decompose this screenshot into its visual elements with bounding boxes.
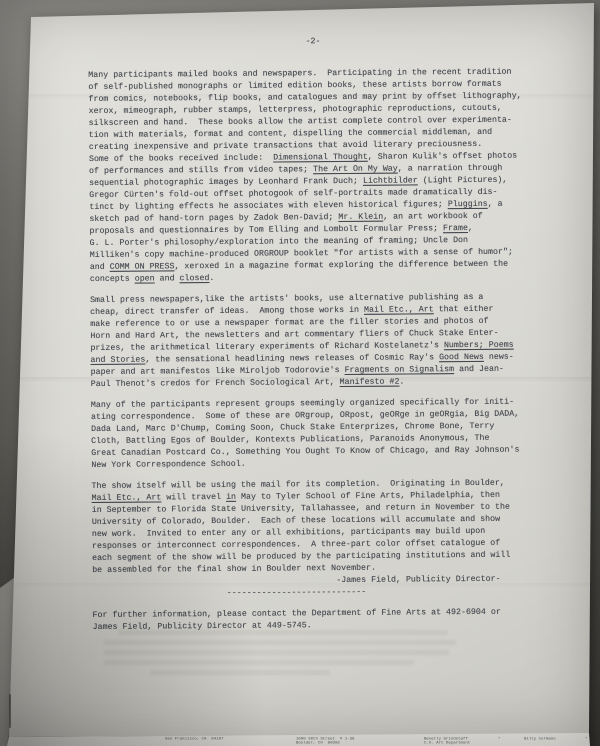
paragraph: Small press newspapers,like the artists'… [90, 291, 541, 391]
typed-line: Paul Thenot's credos for French Sociolog… [91, 375, 541, 391]
text-segment: and Jean- [454, 365, 504, 374]
bottom-sheet-entry: 1000 30th Street # 1-38 Boulder, CO 8030… [296, 737, 354, 745]
text-segment: prizes, the arithmetical literary experi… [90, 341, 444, 353]
text-segment: , [468, 224, 473, 233]
bottom-sheet-entry: Billy Curmano [524, 737, 556, 741]
text-segment: concepts [90, 275, 135, 284]
text-segment: sketch pad of hand-torn pages by Zadok B… [89, 213, 338, 224]
underlined-title: Fragments on Signalism [345, 365, 455, 375]
text-segment: and [155, 274, 180, 283]
text-segment: proposals and questionnaires by Tom Elli… [89, 224, 443, 236]
underlined-title: and Stories [90, 356, 145, 365]
text-segment: will travel [161, 493, 226, 503]
underlined-title: Mail Etc., Art [364, 305, 434, 315]
underlined-title: Numbers; Poems [444, 341, 514, 351]
photo-background: -2- Many participants mailed books and n… [0, 0, 600, 746]
paper-stack: -2- Many participants mailed books and n… [0, 0, 600, 746]
text-segment: . [209, 274, 214, 283]
underlined-title: Good News [439, 353, 484, 362]
typed-text: -2- Many participants mailed books and n… [88, 34, 543, 643]
underlined-title: Pluggins [448, 200, 488, 209]
text-segment: (Light Pictures), [418, 176, 508, 186]
underlined-title: The Art On My Way [313, 165, 398, 175]
bottom-sheet-entry: * [498, 737, 500, 741]
underlined-title: COMM ON PRESS [110, 262, 175, 272]
typed-line: concepts open and closed. [90, 270, 540, 286]
text-segment: and [90, 263, 110, 272]
ghost-show-through [104, 660, 414, 665]
text-segment: that either [434, 305, 494, 314]
text-segment: tinct by lighting effects he associates … [89, 200, 448, 212]
text-segment: cheap, direct transfer of ideas. Among t… [90, 306, 364, 317]
edge-mark [9, 694, 11, 728]
text-segment: news- [484, 353, 514, 362]
typed-line: James Field, Publicity Director at 449-5… [93, 618, 543, 634]
text-segment: . [399, 378, 404, 387]
bottom-sheet-entry: Beverly Grindstaff C.U. Art Department [424, 737, 470, 745]
typed-line: New York Correspondence School. [91, 456, 541, 472]
text-segment: , the sensational headlining news releas… [145, 353, 439, 364]
underlined-title: closed [179, 274, 209, 283]
text-segment: Paul Thenot's credos for French Sociolog… [91, 378, 340, 389]
paragraph: Many participants mailed books and newsp… [88, 66, 540, 286]
bottom-sheet-entry: San Francisco, CA 94107 [165, 737, 223, 741]
text-segment: of performances and stills from video ta… [89, 165, 313, 176]
paragraph: For further information, please contact … [92, 606, 542, 634]
text-segment: paper and art manifestos like Miroljob T… [91, 366, 345, 377]
underlined-title: Mail Etc., Art [92, 493, 162, 503]
text-segment: May to Tyler School of Fine Arts, Philad… [236, 491, 500, 502]
underlined-title: in [226, 493, 236, 502]
text-segment: sequential photographic images by Leonha… [89, 177, 363, 188]
paper-sheet: -2- Many participants mailed books and n… [0, 0, 600, 746]
underlined-title: Dimensional Thought [273, 153, 368, 163]
underlined-title: Mr. Klein [338, 213, 383, 222]
paragraph: The show itself will be using the mail f… [91, 477, 542, 601]
text-segment: , an art workbook of [383, 212, 483, 222]
bottom-sheet-entry: * [585, 737, 587, 741]
underlined-title: open [135, 274, 155, 283]
text-segment: Some of the books received include: [89, 154, 273, 164]
paragraph: Many of the participants represent group… [91, 396, 542, 472]
underlined-title: Lichtbilder [363, 176, 418, 185]
text-segment: , a narration through [398, 164, 503, 174]
ghost-show-through [104, 650, 449, 655]
text-segment: , a [488, 200, 503, 209]
text-segment: , Sharon Kulik's offset photos [368, 152, 517, 162]
ghost-show-through [150, 670, 330, 675]
text-segment: , xeroxed in a magazine format exploring… [174, 260, 508, 272]
underlined-title: Manifesto #2 [340, 378, 400, 387]
underlined-title: Frame [443, 224, 468, 233]
page-number: -2- [88, 34, 538, 50]
typed-line: ---------------------------- [92, 585, 542, 601]
